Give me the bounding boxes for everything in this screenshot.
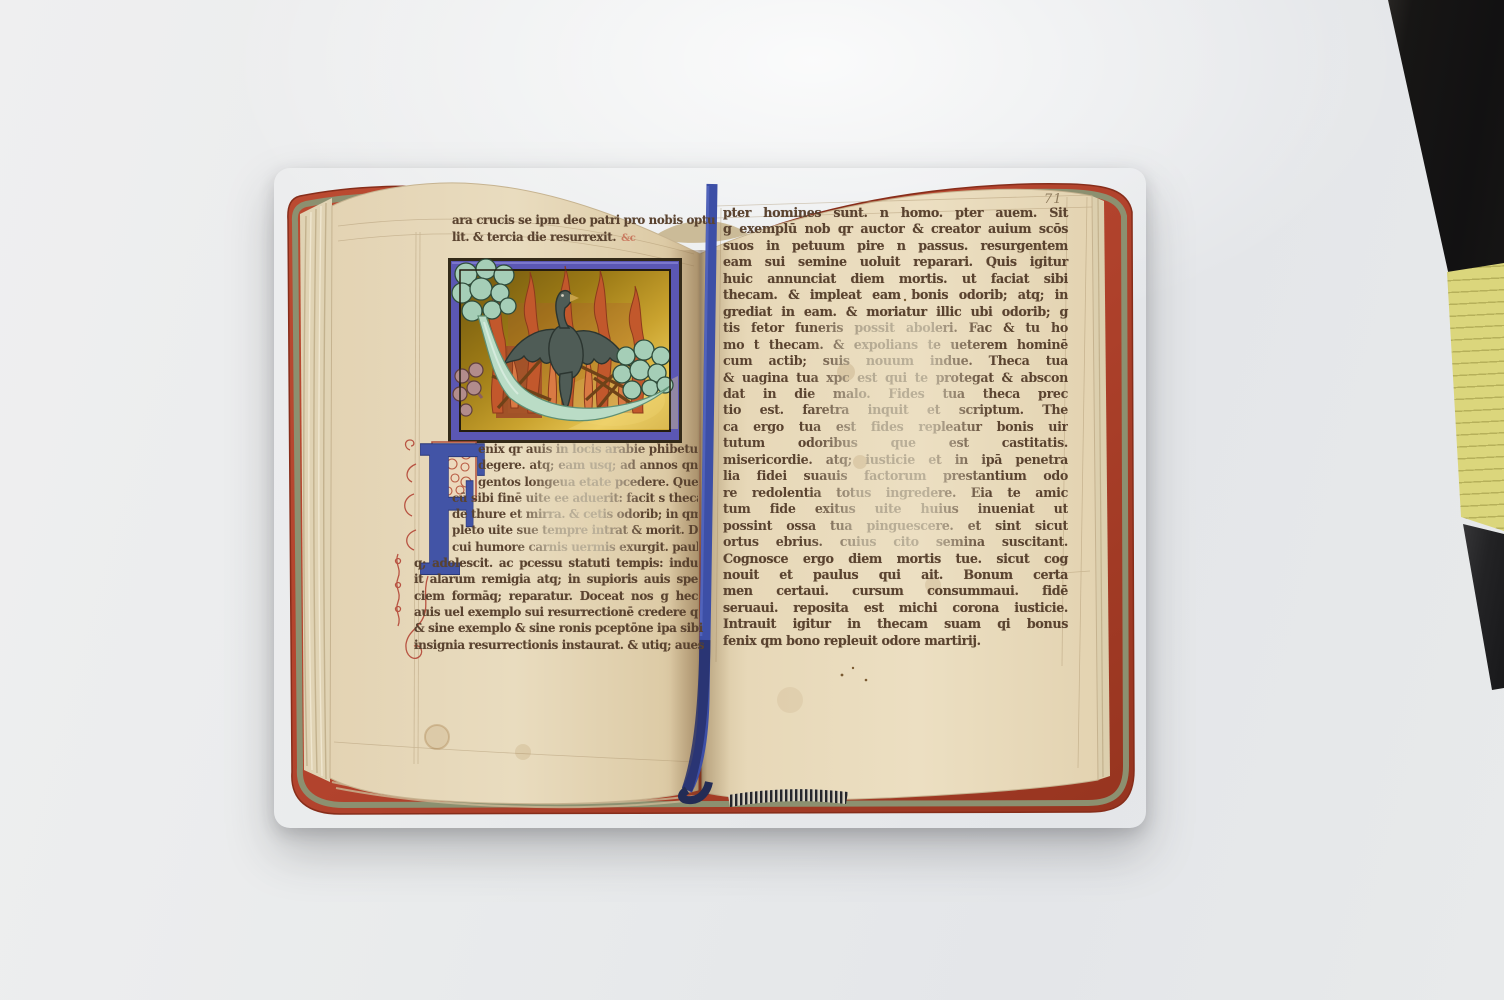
- manuscript-text-line: gentos longeua etate pcedere. Que: [478, 474, 698, 490]
- manuscript-text-line: tio est. faretra inquit et scriptum. The: [723, 402, 1068, 418]
- manuscript-text-line: enix qr auis in locis arabie phibetur: [478, 441, 698, 457]
- manuscript-text-line: thecam. & impleat eam bonis odorib; atq;…: [723, 287, 1068, 303]
- manuscript-text-line: insignia resurrectionis instaurat. & uti…: [414, 637, 698, 653]
- manuscript-text-line: nouit et paulus qui ait. Bonum certa: [723, 567, 1068, 583]
- manuscript-text-line: Cognosce ergo diem mortis tue. sicut cog: [723, 551, 1068, 567]
- manuscript-text-line: tis fetor funeris possit aboleri. Fac & …: [723, 320, 1068, 336]
- manuscript-text-line: possint ossa tua pinguescere. et sint si…: [723, 518, 1068, 534]
- manuscript-text-line: men certaui. cursum consummaui. fidē: [723, 583, 1068, 599]
- manuscript-text-line: lia fidei suauis factorum prestantium od…: [723, 468, 1068, 484]
- folio-number: 71: [1044, 192, 1063, 207]
- manuscript-text-line: re redolentia totus ingredere. Eia te am…: [723, 485, 1068, 501]
- manuscript-text-line: & uagina tua xpc est qui te protegat & a…: [723, 370, 1068, 386]
- manuscript-text-line: lit. & tercia die resurrexit.&c: [452, 229, 697, 248]
- manuscript-text-line: suos in petuum pire n passus. resurgente…: [723, 238, 1068, 254]
- manuscript-text-line: pleto uite sue tempre intrat & morit. De: [452, 522, 698, 538]
- manuscript-text-line: it alarum remigia atq; in supioris auis …: [414, 571, 698, 587]
- manuscript-text-line: seruaui. reposita est michi corona iusti…: [723, 600, 1068, 616]
- red-ink-mark: &c: [621, 233, 635, 244]
- left-page-text-block: enix qr auis in locis arabie phibetur de…: [414, 441, 698, 653]
- dark-object-bottom-right: [1458, 518, 1504, 694]
- manuscript-text-line: degere. atq; eam usq; ad annos qn: [478, 457, 698, 473]
- manuscript-text-line: huic annunciat diem mortis. ut faciat si…: [723, 271, 1068, 287]
- manuscript-text-line: auis uel exemplo sui resurrectionē crede…: [414, 604, 698, 620]
- manuscript-text-line: cum actib; suis nouum indue. Theca tua: [723, 353, 1068, 369]
- manuscript-text-line: pter homines sunt. n homo. pter auem. Si…: [723, 205, 1068, 221]
- manuscript-text-line: cū sibi finē uite ee aduerit: facit s th…: [452, 490, 698, 506]
- dark-object-top-right: [1378, 0, 1504, 276]
- manuscript-text-line: g exemplū nob qr auctor & creator auium …: [723, 221, 1068, 237]
- manuscript-text-line: eam sui semine uoluit reparari. Quis igi…: [723, 254, 1068, 270]
- manuscript-text-line: cui humore carnis uermis exurgit. paulat…: [452, 539, 698, 555]
- left-tree-foliage: [452, 259, 516, 321]
- manuscript-text-line: Intrauit igitur in thecam suam qi bonus: [723, 616, 1068, 632]
- manuscript-text-line: de thure et mirra. & cetis odorib; in qm…: [452, 506, 698, 522]
- manuscript-text-line: ara crucis se ipm deo patri pro nobis op…: [452, 212, 697, 229]
- manuscript-text-line: grediat in eam. & moriatur illic ubi odo…: [723, 304, 1068, 320]
- manuscript-text-line: ortus ebrius. cuius cito semina suscitan…: [723, 534, 1068, 550]
- manuscript-text-line: fenix qm bono repleuit odore martirij.: [723, 633, 1068, 649]
- manuscript-text-line: q; adolescit. ac pcessu statuti tempis: …: [414, 555, 698, 571]
- manuscript-text-line: ciem formāq; reparatur. Doceat nos g hec: [414, 588, 698, 604]
- manuscript-text-line: dat in die malo. Fides tua theca prec: [723, 386, 1068, 402]
- photo-scene: F ara crucis se ipm deo patri pro nobis …: [0, 0, 1504, 1000]
- right-page-text-block: pter homines sunt. n homo. pter auem. Si…: [723, 205, 1068, 649]
- manuscript-text-line: tutum odoribus que est castitatis.: [723, 435, 1068, 451]
- manuscript-text-line: tum fide exitus uite huius inueniat ut: [723, 501, 1068, 517]
- yellow-legal-pad: [1440, 258, 1504, 536]
- manuscript-text-line: & sine exemplo & sine ronis pceptōne ipa…: [414, 620, 698, 636]
- left-page-header: ara crucis se ipm deo patri pro nobis op…: [452, 212, 697, 247]
- manuscript-text-line: mo t thecam. & expolians te ueterem homi…: [723, 337, 1068, 353]
- manuscript-text-line: misericordie. atq; iusticie et in ipā pe…: [723, 452, 1068, 468]
- manuscript-text-line: ca ergo tua est fides repleatur bonis ui…: [723, 419, 1068, 435]
